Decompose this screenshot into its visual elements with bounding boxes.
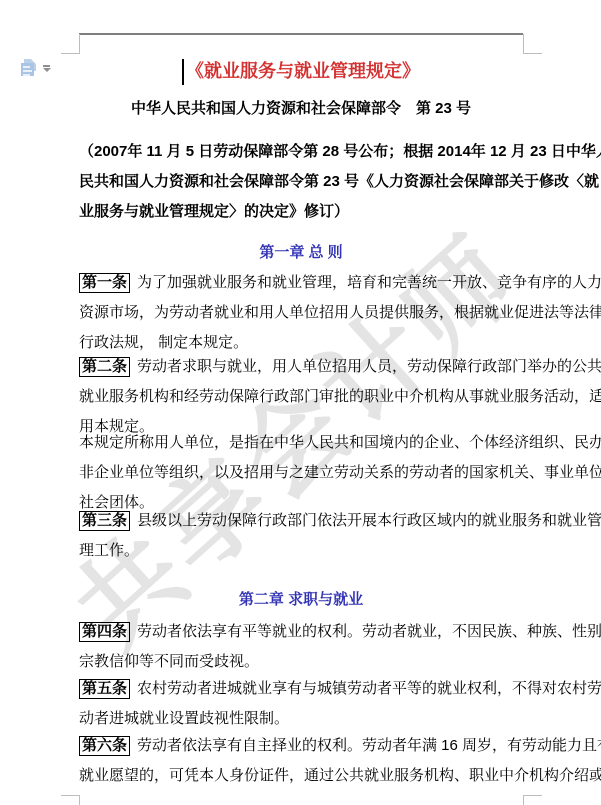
article-4-line: 劳动者依法享有平等就业的权利。劳动者就业，不因民族、种族、性别、 — [137, 623, 601, 640]
crop-mark-top-right — [523, 34, 542, 54]
preamble-line: （2007年 11 月 5 日劳动保障部令第 28 号公布；根据 2014年 1… — [79, 137, 523, 167]
article-paragraph-6: 第六条劳动者依法享有自主择业的权利。劳动者年满 16 周岁，有劳动能力且有 就业… — [79, 731, 523, 791]
dropdown-arrow-icon — [42, 65, 51, 73]
article-3-line: 理工作。 — [79, 536, 523, 566]
article-paragraph-1: 第一条为了加强就业服务和就业管理，培育和完善统一开放、竞争有序的人力 资源市场，… — [79, 268, 523, 358]
article-2-line: 劳动者求职与就业，用人单位招用人员，劳动保障行政部门举办的公共 — [137, 358, 601, 375]
preamble-paragraph: （2007年 11 月 5 日劳动保障部令第 28 号公布；根据 2014年 1… — [79, 137, 523, 227]
chapter-heading-2: 第二章 求职与就业 — [79, 590, 523, 610]
article-1-line: 为了加强就业服务和就业管理，培育和完善统一开放、竞争有序的人力 — [137, 274, 601, 291]
plain-paragraph-line: 非企业单位等组织，以及招用与之建立劳动关系的劳动者的国家机关、事业单位、 — [79, 458, 523, 488]
article-3-line: 县级以上劳动保障行政部门依法开展本行政区域内的就业服务和就业管 — [137, 512, 601, 529]
article-paragraph-5: 第五条农村劳动者进城就业享有与城镇劳动者平等的就业权利，不得对农村劳 动者进城就… — [79, 674, 523, 734]
article-1-line: 资源市场，为劳动者就业和用人单位招用人员提供服务，根据就业促进法等法律、 — [79, 298, 523, 328]
article-3-label: 第三条 — [79, 511, 130, 531]
document-title-text: 《就业服务与就业管理规定》 — [186, 61, 420, 81]
article-4-line: 宗教信仰等不同而受歧视。 — [79, 647, 523, 677]
word-document-view: { "icons": { "paste_options": "paste-opt… — [0, 0, 601, 805]
article-6-line: 就业愿望的，可凭本人身份证件，通过公共就业服务机构、职业中介机构介绍或 — [79, 761, 523, 791]
preamble-line: 民共和国人力资源和社会保障部令第 23 号《人力资源社会保障部关于修改〈就 — [79, 167, 523, 197]
crop-mark-bottom-right — [523, 795, 542, 805]
crop-mark-bottom-left — [61, 795, 80, 805]
plain-paragraph: 本规定所称用人单位，是指在中华人民共和国境内的企业、个体经济组织、民办 非企业单… — [79, 428, 523, 518]
article-4-label: 第四条 — [79, 622, 130, 642]
article-1-label: 第一条 — [79, 273, 130, 293]
article-2-label: 第二条 — [79, 357, 130, 377]
article-6-label: 第六条 — [79, 736, 130, 756]
article-2-line: 就业服务机构和经劳动保障行政部门审批的职业中介机构从事就业服务活动，适 — [79, 382, 523, 412]
article-6-line: 劳动者依法享有自主择业的权利。劳动者年满 16 周岁，有劳动能力且有 — [137, 737, 601, 754]
preamble-line: 业服务与就业管理规定〉的决定》修订） — [79, 197, 523, 227]
article-paragraph-4: 第四条劳动者依法享有平等就业的权利。劳动者就业，不因民族、种族、性别、 宗教信仰… — [79, 617, 523, 677]
article-paragraph-3: 第三条县级以上劳动保障行政部门依法开展本行政区域内的就业服务和就业管 理工作。 — [79, 506, 523, 566]
plain-paragraph-line: 本规定所称用人单位，是指在中华人民共和国境内的企业、个体经济组织、民办 — [79, 428, 523, 458]
article-5-line: 动者进城就业设置歧视性限制。 — [79, 704, 523, 734]
text-cursor — [182, 59, 184, 85]
chapter-heading-1: 第一章 总 则 — [79, 243, 523, 263]
article-5-label: 第五条 — [79, 679, 130, 699]
paste-options-button[interactable] — [19, 57, 55, 81]
article-5-line: 农村劳动者进城就业享有与城镇劳动者平等的就业权利，不得对农村劳 — [137, 680, 601, 697]
crop-mark-top-left — [61, 34, 80, 54]
page-top-edge — [79, 33, 523, 35]
document-title: 《就业服务与就业管理规定》 — [79, 57, 523, 85]
paste-options-icon — [21, 59, 37, 77]
document-subtitle: 中华人民共和国人力资源和社会保障部令 第 23 号 — [79, 99, 523, 119]
